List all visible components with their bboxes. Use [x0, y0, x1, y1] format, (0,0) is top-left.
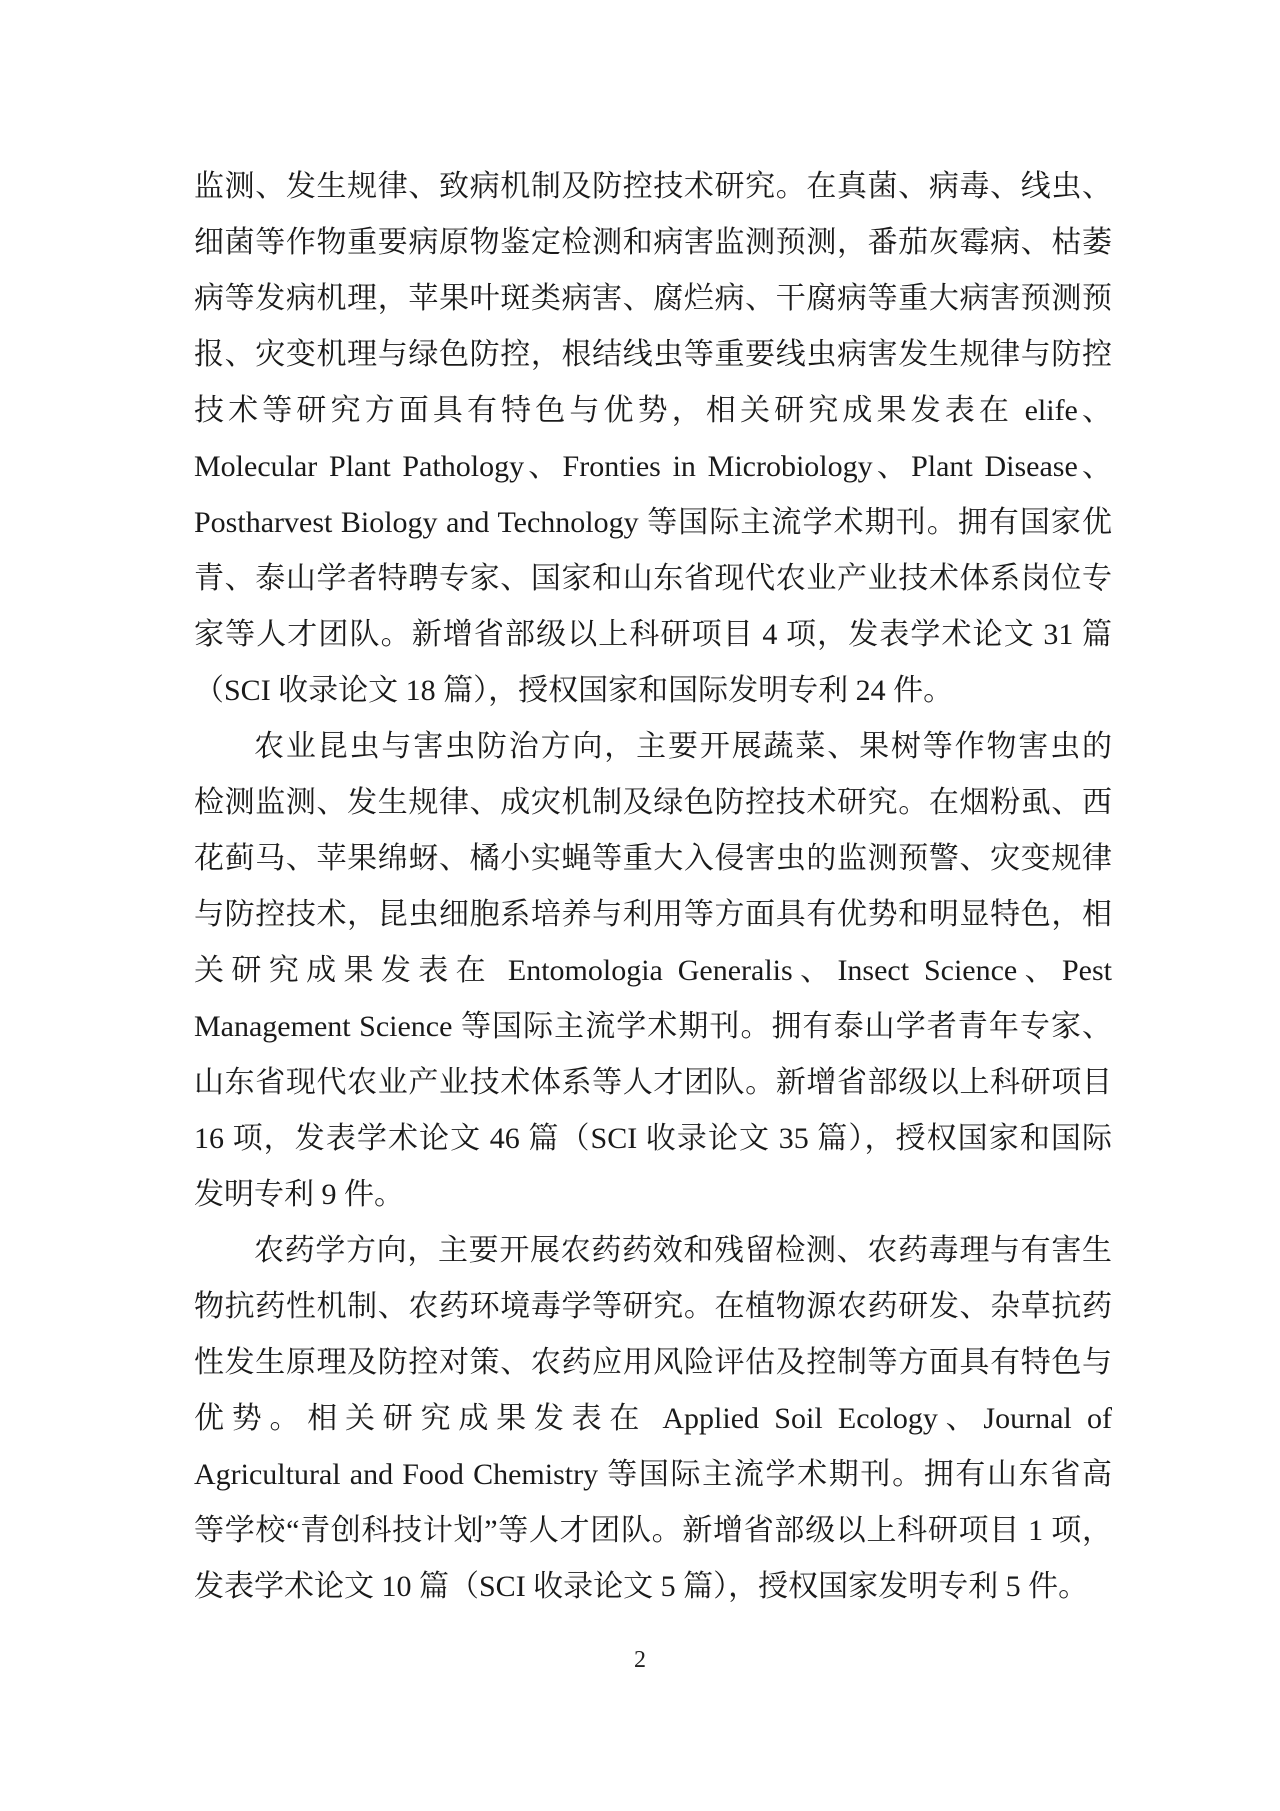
page-number: 2 — [0, 1646, 1280, 1674]
text-line: 农业昆虫与害虫防治方向，主要开展蔬菜、果树等作物害虫的 — [194, 719, 1112, 775]
text-line: 优势。相关研究成果发表在 Applied Soil Ecology、Journa… — [194, 1391, 1112, 1447]
text-line: Agricultural and Food Chemistry 等国际主流学术期… — [194, 1447, 1112, 1503]
paragraph: 监测、发生规律、致病机制及防控技术研究。在真菌、病毒、线虫、 细菌等作物重要病原… — [194, 159, 1112, 719]
text-line: 物抗药性机制、农药环境毒学等研究。在植物源农药研发、杂草抗药 — [194, 1279, 1112, 1335]
text-line: 检测监测、发生规律、成灾机制及绿色防控技术研究。在烟粉虱、西 — [194, 775, 1112, 831]
text-line: 家等人才团队。新增省部级以上科研项目 4 项，发表学术论文 31 篇 — [194, 607, 1112, 663]
paragraph: 农业昆虫与害虫防治方向，主要开展蔬菜、果树等作物害虫的 检测监测、发生规律、成灾… — [194, 719, 1112, 1223]
text-line: 青、泰山学者特聘专家、国家和山东省现代农业产业技术体系岗位专 — [194, 551, 1112, 607]
text-line: 花蓟马、苹果绵蚜、橘小实蝇等重大入侵害虫的监测预警、灾变规律 — [194, 831, 1112, 887]
paragraph: 农药学方向，主要开展农药药效和残留检测、农药毒理与有害生 物抗药性机制、农药环境… — [194, 1223, 1112, 1615]
text-line: 关研究成果发表在 Entomologia Generalis、Insect Sc… — [194, 943, 1112, 999]
text-line: 与防控技术，昆虫细胞系培养与利用等方面具有优势和明显特色，相 — [194, 887, 1112, 943]
text-line: 发明专利 9 件。 — [194, 1167, 1112, 1223]
text-line: 细菌等作物重要病原物鉴定检测和病害监测预测，番茄灰霉病、枯萎 — [194, 215, 1112, 271]
text-line: 农药学方向，主要开展农药药效和残留检测、农药毒理与有害生 — [194, 1223, 1112, 1279]
text-line: 山东省现代农业产业技术体系等人才团队。新增省部级以上科研项目 — [194, 1055, 1112, 1111]
text-line: 病等发病机理，苹果叶斑类病害、腐烂病、干腐病等重大病害预测预 — [194, 271, 1112, 327]
page-body: 监测、发生规律、致病机制及防控技术研究。在真菌、病毒、线虫、 细菌等作物重要病原… — [194, 159, 1112, 1615]
text-line: Management Science 等国际主流学术期刊。拥有泰山学者青年专家、 — [194, 999, 1112, 1055]
text-line: Postharvest Biology and Technology 等国际主流… — [194, 495, 1112, 551]
text-line: 性发生原理及防控对策、农药应用风险评估及控制等方面具有特色与 — [194, 1335, 1112, 1391]
text-line: 16 项，发表学术论文 46 篇（SCI 收录论文 35 篇），授权国家和国际 — [194, 1111, 1112, 1167]
document-page: 监测、发生规律、致病机制及防控技术研究。在真菌、病毒、线虫、 细菌等作物重要病原… — [0, 0, 1280, 1811]
text-line: 技术等研究方面具有特色与优势，相关研究成果发表在 elife、 — [194, 383, 1112, 439]
text-line: 报、灾变机理与绿色防控，根结线虫等重要线虫病害发生规律与防控 — [194, 327, 1112, 383]
text-line: 监测、发生规律、致病机制及防控技术研究。在真菌、病毒、线虫、 — [194, 159, 1112, 215]
text-line: 等学校“青创科技计划”等人才团队。新增省部级以上科研项目 1 项， — [194, 1503, 1112, 1559]
text-line: 发表学术论文 10 篇（SCI 收录论文 5 篇），授权国家发明专利 5 件。 — [194, 1559, 1112, 1615]
text-line: （SCI 收录论文 18 篇），授权国家和国际发明专利 24 件。 — [194, 663, 1112, 719]
text-line: Molecular Plant Pathology、Fronties in Mi… — [194, 439, 1112, 495]
